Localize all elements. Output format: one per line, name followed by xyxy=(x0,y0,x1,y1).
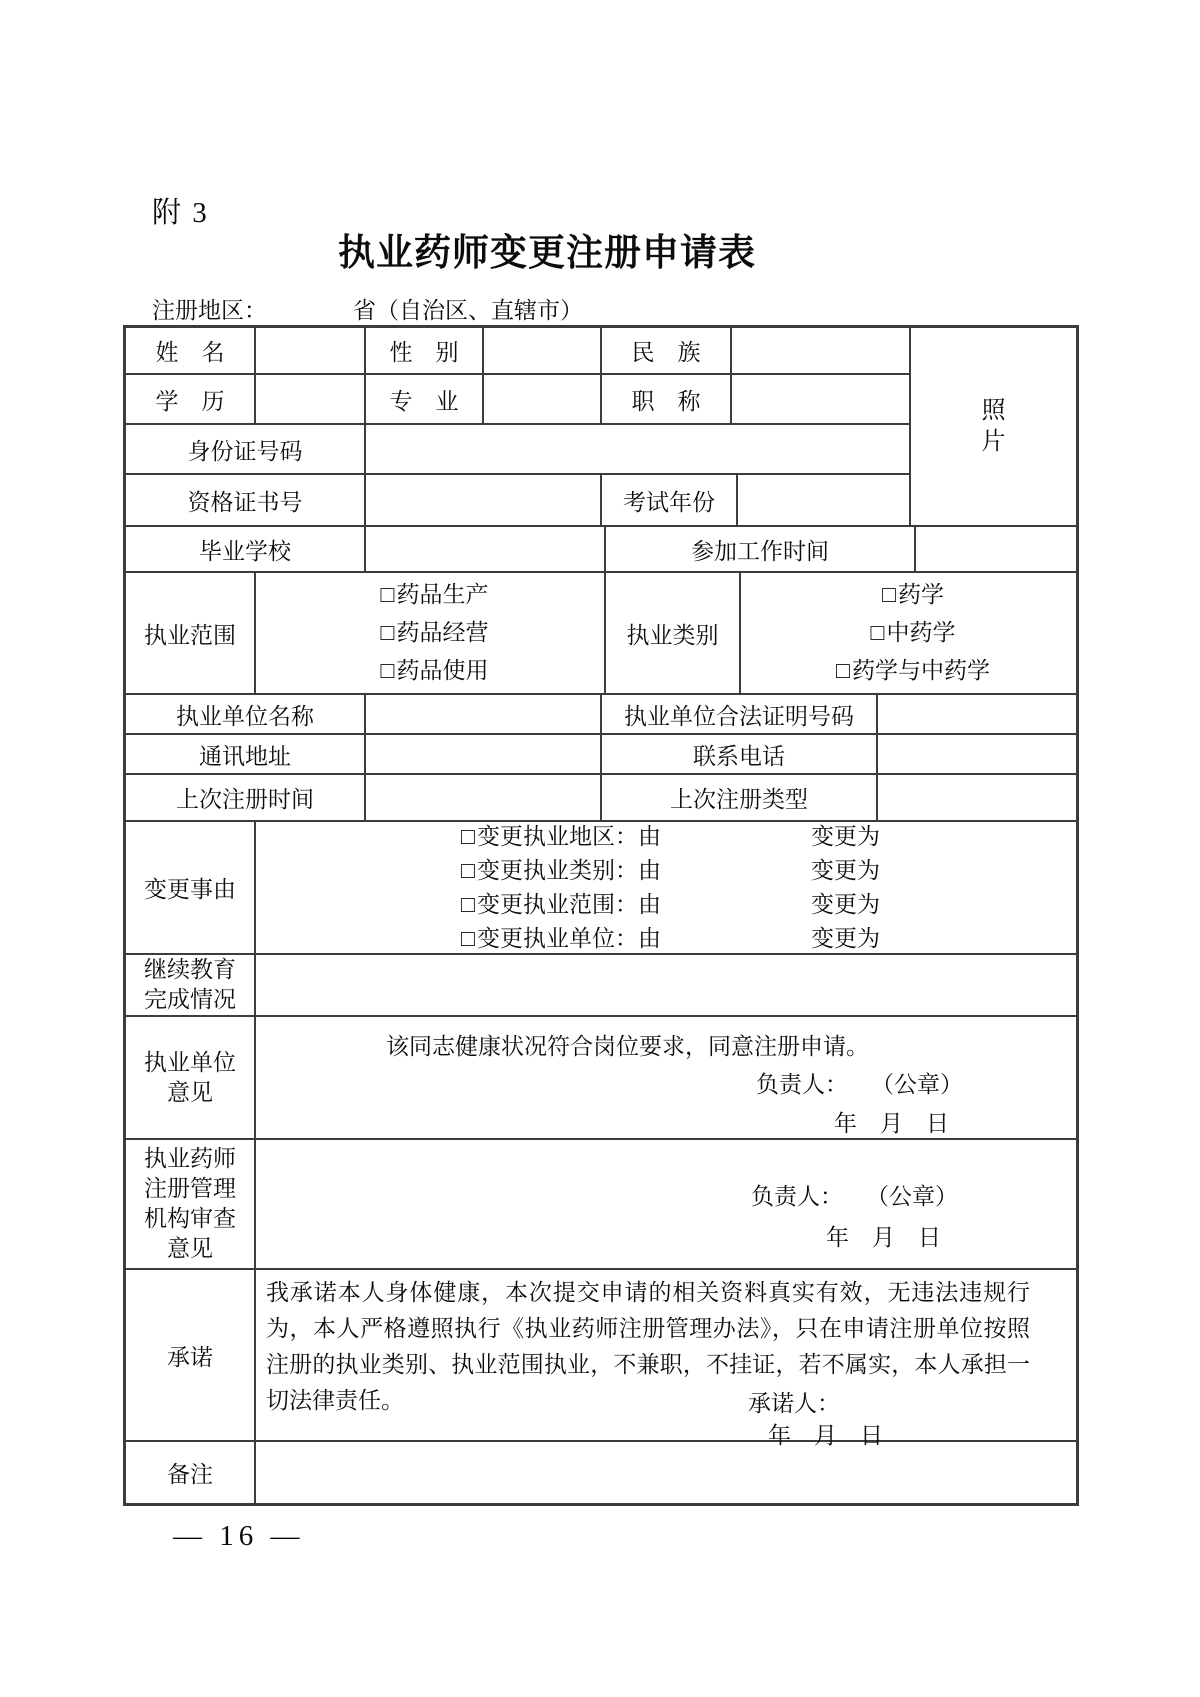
employer-opinion-date: 年 月 日 xyxy=(834,1105,1076,1143)
commitment-cell: 我承诺本人身体健康，本次提交申请的相关资料真实有效，无违法违规行为，本人严格遵照… xyxy=(256,1270,1076,1440)
mailing-address-label: 通讯地址 xyxy=(126,735,366,773)
checkbox-icon[interactable]: □ xyxy=(461,854,475,888)
change-item-to: 变更为 xyxy=(811,854,880,888)
application-table: 姓 名 性 别 民 族 学 历 专 业 职 称 身份证号码 xyxy=(123,325,1079,1506)
photo-label: 照片 xyxy=(980,396,1007,458)
category-option-both: □药学与中药学 xyxy=(836,652,990,690)
category-option-label: 药学 xyxy=(898,582,944,607)
employer-opinion-signer: 负责人： （公章） xyxy=(756,1065,1076,1105)
id-number-label: 身份证号码 xyxy=(126,425,366,473)
change-item-to: 变更为 xyxy=(811,922,880,956)
row-practice-scope-category: 执业范围 □药品生产 □药品经营 □药品使用 执业类别 □药学 □中药学 □药学… xyxy=(126,573,1076,695)
row-qualification-cert: 资格证书号 考试年份 xyxy=(126,475,909,525)
professional-title-label: 职 称 xyxy=(602,375,732,423)
row-employer-opinion: 执业单位意见 该同志健康状况符合岗位要求，同意注册申请。 负责人： （公章） 年… xyxy=(126,1017,1076,1140)
table-top-section: 姓 名 性 别 民 族 学 历 专 业 职 称 身份证号码 xyxy=(126,328,1076,527)
employer-name-label: 执业单位名称 xyxy=(126,695,366,733)
form-title: 执业药师变更注册申请表 xyxy=(72,222,1022,276)
photo-cell[interactable]: 照片 xyxy=(909,328,1076,525)
major-label: 专 业 xyxy=(366,375,484,423)
checkbox-icon[interactable]: □ xyxy=(882,576,896,614)
phone-value-cell[interactable] xyxy=(878,735,1076,773)
change-item-to: 变更为 xyxy=(811,888,880,922)
checkbox-icon[interactable]: □ xyxy=(381,652,395,690)
exam-year-value-cell[interactable] xyxy=(738,475,909,525)
change-item-scope: □变更执业范围：由变更为 xyxy=(461,888,880,922)
authority-opinion-date: 年 月 日 xyxy=(826,1218,1076,1258)
region-line: 注册地区：省（自治区、直辖市） xyxy=(152,292,583,325)
checkbox-icon[interactable]: □ xyxy=(461,820,475,854)
checkbox-icon[interactable]: □ xyxy=(836,652,850,690)
name-label: 姓 名 xyxy=(126,328,256,373)
checkbox-icon[interactable]: □ xyxy=(381,576,395,614)
graduate-school-value-cell[interactable] xyxy=(366,527,606,571)
last-reg-type-value-cell[interactable] xyxy=(878,775,1076,820)
remarks-label: 备注 xyxy=(126,1442,256,1503)
row-authority-opinion: 执业药师注册管理机构审查意见 负责人： （公章） 年 月 日 xyxy=(126,1140,1076,1270)
category-option-tcm: □中药学 xyxy=(871,614,956,652)
row-employer: 执业单位名称 执业单位合法证明号码 xyxy=(126,695,1076,735)
category-option-label: 中药学 xyxy=(886,620,955,645)
change-item-label: 变更执业单位：由 xyxy=(477,922,811,956)
authority-opinion-label-text: 执业药师注册管理机构审查意见 xyxy=(143,1144,238,1264)
work-start-time-value-cell[interactable] xyxy=(916,527,1076,571)
row-last-registration: 上次注册时间 上次注册类型 xyxy=(126,775,1076,822)
change-item-label: 变更执业类别：由 xyxy=(477,854,811,888)
table-top-left: 姓 名 性 别 民 族 学 历 专 业 职 称 身份证号码 xyxy=(126,328,909,525)
qualification-cert-label: 资格证书号 xyxy=(126,475,366,525)
scope-option-label: 药品使用 xyxy=(396,658,488,683)
continuing-education-value-cell[interactable] xyxy=(256,955,1076,1015)
form-page: 附 3 执业药师变更注册申请表 注册地区：省（自治区、直辖市） 姓 名 性 别 … xyxy=(0,0,1200,1697)
continuing-education-label: 继续教育完成情况 xyxy=(126,955,256,1015)
scope-option-operation: □药品经营 xyxy=(381,614,489,652)
gender-label: 性 别 xyxy=(366,328,484,373)
commitment-date: 年 月 日 xyxy=(768,1419,1076,1453)
change-item-label: 变更执业范围：由 xyxy=(477,888,811,922)
education-value-cell[interactable] xyxy=(256,375,366,423)
ethnicity-value-cell[interactable] xyxy=(732,328,909,373)
employer-cert-label: 执业单位合法证明号码 xyxy=(602,695,878,733)
commitment-signer: 承诺人： xyxy=(748,1385,840,1418)
name-value-cell[interactable] xyxy=(256,328,366,373)
continuing-education-label-text: 继续教育完成情况 xyxy=(143,955,238,1015)
education-label: 学 历 xyxy=(126,375,256,423)
qualification-cert-value-cell[interactable] xyxy=(366,475,602,525)
scope-option-label: 药品经营 xyxy=(396,620,488,645)
row-graduate-school: 毕业学校 参加工作时间 xyxy=(126,527,1076,573)
commitment-text: 我承诺本人身体健康，本次提交申请的相关资料真实有效，无违法违规行为，本人严格遵照… xyxy=(266,1275,1030,1419)
gender-value-cell[interactable] xyxy=(484,328,602,373)
id-number-value-cell[interactable] xyxy=(366,425,909,473)
practice-category-label: 执业类别 xyxy=(606,573,741,693)
row-education-major-title: 学 历 专 业 职 称 xyxy=(126,375,909,425)
scope-option-production: □药品生产 xyxy=(381,576,489,614)
employer-cert-value-cell[interactable] xyxy=(878,695,1076,733)
work-start-time-label: 参加工作时间 xyxy=(606,527,916,571)
scope-option-label: 药品生产 xyxy=(396,582,488,607)
employer-opinion-statement: 该同志健康状况符合岗位要求，同意注册申请。 xyxy=(386,1029,1076,1065)
checkbox-icon[interactable]: □ xyxy=(461,888,475,922)
category-option-label: 药学与中药学 xyxy=(852,658,990,683)
row-id-number: 身份证号码 xyxy=(126,425,909,475)
employer-opinion-cell[interactable]: 该同志健康状况符合岗位要求，同意注册申请。 负责人： （公章） 年 月 日 xyxy=(256,1017,1076,1138)
practice-scope-label: 执业范围 xyxy=(126,573,256,693)
employer-name-value-cell[interactable] xyxy=(366,695,602,733)
region-blank-input[interactable] xyxy=(267,305,353,325)
last-reg-type-label: 上次注册类型 xyxy=(602,775,878,820)
last-reg-time-value-cell[interactable] xyxy=(366,775,602,820)
practice-scope-options-cell: □药品生产 □药品经营 □药品使用 xyxy=(256,573,606,693)
row-continuing-education: 继续教育完成情况 xyxy=(126,955,1076,1017)
region-suffix: 省（自治区、直辖市） xyxy=(353,298,583,323)
change-item-label: 变更执业地区：由 xyxy=(477,820,811,854)
authority-opinion-signer: 负责人： （公章） xyxy=(751,1176,1076,1218)
mailing-address-value-cell[interactable] xyxy=(366,735,602,773)
page-number: — 16 — xyxy=(173,1520,305,1553)
authority-opinion-cell[interactable]: 负责人： （公章） 年 月 日 xyxy=(256,1140,1076,1268)
change-reason-label: 变更事由 xyxy=(126,822,256,953)
authority-opinion-label: 执业药师注册管理机构审查意见 xyxy=(126,1140,256,1268)
row-address-phone: 通讯地址 联系电话 xyxy=(126,735,1076,775)
checkbox-icon[interactable]: □ xyxy=(871,614,885,652)
employer-opinion-label-text: 执业单位意见 xyxy=(143,1048,238,1108)
practice-category-options-cell: □药学 □中药学 □药学与中药学 xyxy=(741,573,1076,693)
professional-title-value-cell[interactable] xyxy=(732,375,909,423)
major-value-cell[interactable] xyxy=(484,375,602,423)
change-item-category: □变更执业类别：由变更为 xyxy=(461,854,880,888)
phone-label: 联系电话 xyxy=(602,735,878,773)
checkbox-icon[interactable]: □ xyxy=(381,614,395,652)
row-commitment: 承诺 我承诺本人身体健康，本次提交申请的相关资料真实有效，无违法违规行为，本人严… xyxy=(126,1270,1076,1442)
exam-year-label: 考试年份 xyxy=(602,475,738,525)
ethnicity-label: 民 族 xyxy=(602,328,732,373)
row-change-reason: 变更事由 □变更执业地区：由变更为 □变更执业类别：由变更为 □变更执业范围：由… xyxy=(126,822,1076,955)
checkbox-icon[interactable]: □ xyxy=(461,922,475,956)
change-item-to: 变更为 xyxy=(811,820,880,854)
last-reg-time-label: 上次注册时间 xyxy=(126,775,366,820)
employer-opinion-label: 执业单位意见 xyxy=(126,1017,256,1138)
scope-option-use: □药品使用 xyxy=(381,652,489,690)
change-reason-cell: □变更执业地区：由变更为 □变更执业类别：由变更为 □变更执业范围：由变更为 □… xyxy=(256,822,1076,953)
graduate-school-label: 毕业学校 xyxy=(126,527,366,571)
row-name-gender-ethnicity: 姓 名 性 别 民 族 xyxy=(126,328,909,375)
commitment-label: 承诺 xyxy=(126,1270,256,1440)
change-item-region: □变更执业地区：由变更为 xyxy=(461,820,880,854)
region-label: 注册地区： xyxy=(152,298,267,323)
category-option-pharmacy: □药学 xyxy=(882,576,944,614)
change-item-employer: □变更执业单位：由变更为 xyxy=(461,922,880,956)
